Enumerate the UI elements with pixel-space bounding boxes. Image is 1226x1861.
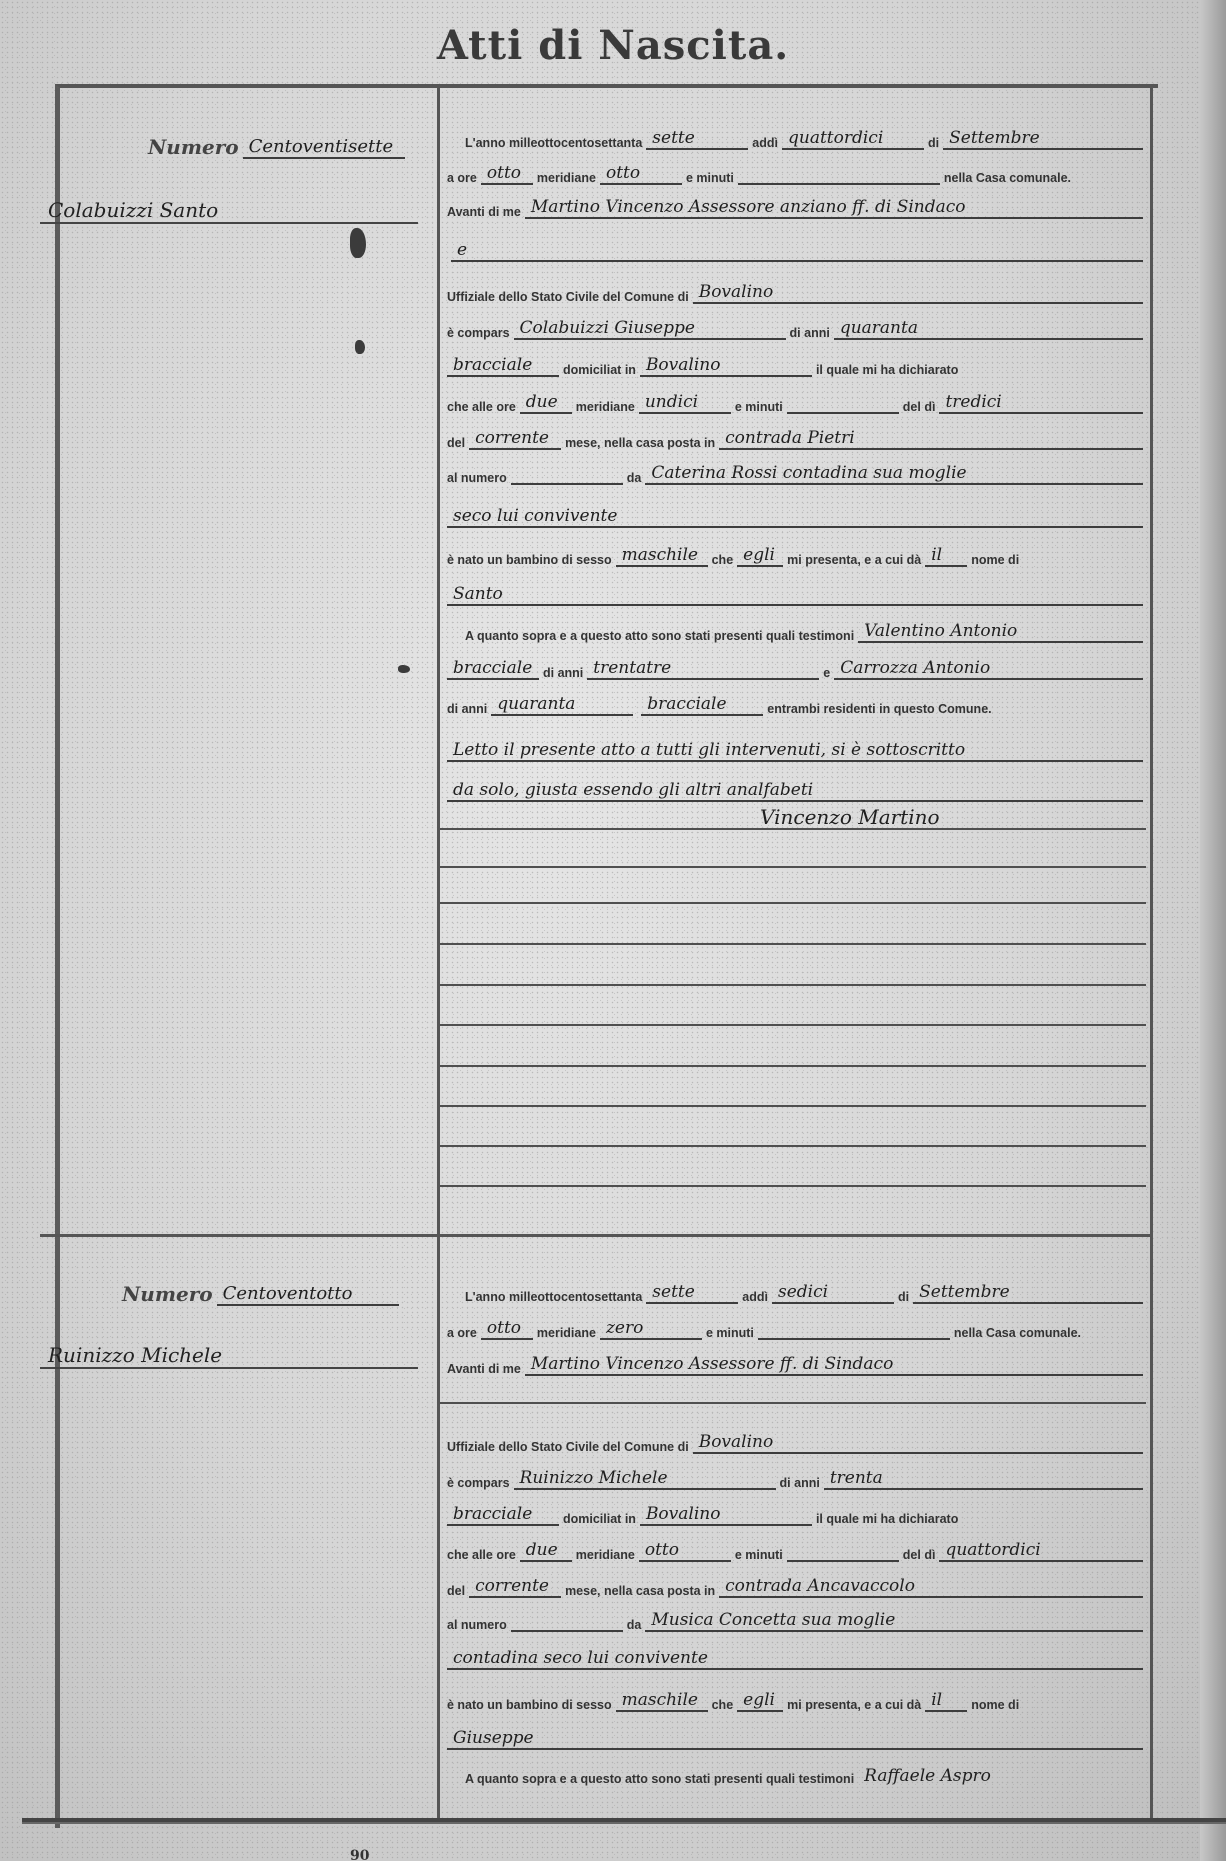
act-1-line-5: Uffiziale dello Stato Civile del Comune … xyxy=(447,282,1147,304)
act-1-line-2: a ore otto meridiane otto e minuti nella… xyxy=(447,163,1147,185)
witness-2-field: Carrozza Antonio xyxy=(834,658,1143,680)
column-divider xyxy=(437,86,440,1818)
month-field: Settembre xyxy=(943,128,1143,150)
blank-ledger-line xyxy=(440,866,1146,868)
blank-ledger-line xyxy=(440,943,1146,945)
act-1-line-18: da solo, giusta essendo gli altri analfa… xyxy=(447,780,1147,802)
act-2-margin-name: Ruinizzo Michele xyxy=(40,1343,418,1369)
witness-1-field: Valentino Antonio xyxy=(858,621,1143,643)
numero-value: Centoventotto xyxy=(217,1284,399,1306)
act-2-line-12: è nato un bambino di sesso maschile che … xyxy=(447,1690,1147,1712)
officer-field: Martino Vincenzo Assessore ff. di Sindac… xyxy=(525,1354,1143,1376)
comune-field: Bovalino xyxy=(693,282,1143,304)
act-1-numero: Numero Centoventisette xyxy=(148,135,409,159)
day-field: sedici xyxy=(772,1282,894,1304)
act-1-line-10: al numero da Caterina Rossi contadina su… xyxy=(447,463,1147,485)
act-2-line-10: al numero da Musica Concetta sua moglie xyxy=(447,1610,1147,1632)
blank-ledger-line xyxy=(440,1024,1146,1026)
act-separator xyxy=(40,1234,1150,1237)
blank-ledger-line xyxy=(440,1065,1146,1067)
officer-field: Martino Vincenzo Assessore anziano ff. d… xyxy=(525,197,1143,219)
act-2-line-3: Avanti di me Martino Vincenzo Assessore … xyxy=(447,1354,1147,1376)
act-2-line-1: L'anno milleottocentosettanta sette addì… xyxy=(447,1282,1147,1304)
act-2-line-7: bracciale domiciliat in Bovalino il qual… xyxy=(447,1504,1147,1526)
child-name-field: Giuseppe xyxy=(447,1728,1143,1750)
act-1-line-11: seco lui convivente xyxy=(447,506,1147,528)
blank-ledger-line xyxy=(440,1185,1146,1187)
act-1-line-4: e xyxy=(447,240,1147,262)
month-field: Settembre xyxy=(913,1282,1143,1304)
act-2-line-5: Uffiziale dello Stato Civile del Comune … xyxy=(447,1432,1147,1454)
page-edge-shadow xyxy=(1200,0,1226,1861)
act-1-line-17: Letto il presente atto a tutti gli inter… xyxy=(447,740,1147,762)
act-2-line-6: è compars Ruinizzo Michele di anni trent… xyxy=(447,1468,1147,1490)
act-2-line-11: contadina seco lui convivente xyxy=(447,1648,1147,1670)
page-number-fragment: 90 xyxy=(350,1848,369,1861)
act-1-line-7: bracciale domiciliat in Bovalino il qual… xyxy=(447,355,1147,377)
sex-field: maschile xyxy=(616,545,708,567)
act-1-line-16: di anni quaranta bracciale entrambi resi… xyxy=(447,694,1147,716)
sex-field: maschile xyxy=(616,1690,708,1712)
blank-ledger-line xyxy=(440,1145,1146,1147)
blank-ledger-line xyxy=(440,902,1146,904)
act-1-line-14: A quanto sopra e a questo atto sono stat… xyxy=(447,621,1147,643)
act-1-line-12: è nato un bambino di sesso maschile che … xyxy=(447,545,1147,567)
right-margin-rule xyxy=(1150,84,1153,1824)
act-1-line-6: è compars Colabuizzi Giuseppe di anni qu… xyxy=(447,318,1147,340)
ledger-line xyxy=(440,828,1146,830)
day-field: quattordici xyxy=(782,128,924,150)
register-frame xyxy=(55,84,1158,1828)
act-2-line-13: Giuseppe xyxy=(447,1728,1147,1750)
document-page: Atti di Nascita. Numero Centoventisette … xyxy=(0,0,1226,1861)
ink-blot xyxy=(355,340,365,354)
act-1-line-8: che alle ore due meridiane undici e minu… xyxy=(447,392,1147,414)
ink-blot xyxy=(350,228,366,258)
act-1-line-13: Santo xyxy=(447,584,1147,606)
act-1-line-1: L'anno milleottocentosettanta sette addì… xyxy=(447,128,1147,150)
act-1-line-3: Avanti di me Martino Vincenzo Assessore … xyxy=(447,197,1147,219)
page-title: Atti di Nascita. xyxy=(0,22,1226,69)
act-1-line-15: bracciale di anni trentatre e Carrozza A… xyxy=(447,658,1147,680)
officer-signature: Vincenzo Martino xyxy=(760,805,940,829)
numero-label: Numero xyxy=(122,1282,213,1306)
act-1-line-9: del corrente mese, nella casa posta in c… xyxy=(447,428,1147,450)
act-2-line-14: A quanto sopra e a questo atto sono stat… xyxy=(447,1766,1187,1786)
ink-blot xyxy=(398,665,410,673)
act-1-margin-name: Colabuizzi Santo xyxy=(40,198,418,224)
ledger-line xyxy=(440,1402,1146,1404)
act-2-line-2: a ore otto meridiane zero e minuti nella… xyxy=(447,1318,1147,1340)
child-name-field: Santo xyxy=(447,584,1143,606)
comune-field: Bovalino xyxy=(693,1432,1143,1454)
numero-value: Centoventisette xyxy=(243,137,405,159)
act-2-line-9: del corrente mese, nella casa posta in c… xyxy=(447,1576,1147,1598)
witness-1-field: Raffaele Aspro xyxy=(858,1766,1183,1786)
numero-label: Numero xyxy=(148,135,239,159)
blank-ledger-line xyxy=(440,1105,1146,1107)
year-field: sette xyxy=(646,1282,738,1304)
declarant-field: Colabuizzi Giuseppe xyxy=(514,318,786,340)
declarant-field: Ruinizzo Michele xyxy=(514,1468,776,1490)
act-2-numero: Numero Centoventotto xyxy=(122,1282,403,1306)
bottom-rule xyxy=(22,1818,1226,1824)
year-field: sette xyxy=(646,128,748,150)
act-2-line-8: che alle ore due meridiane otto e minuti… xyxy=(447,1540,1147,1562)
blank-ledger-line xyxy=(440,984,1146,986)
